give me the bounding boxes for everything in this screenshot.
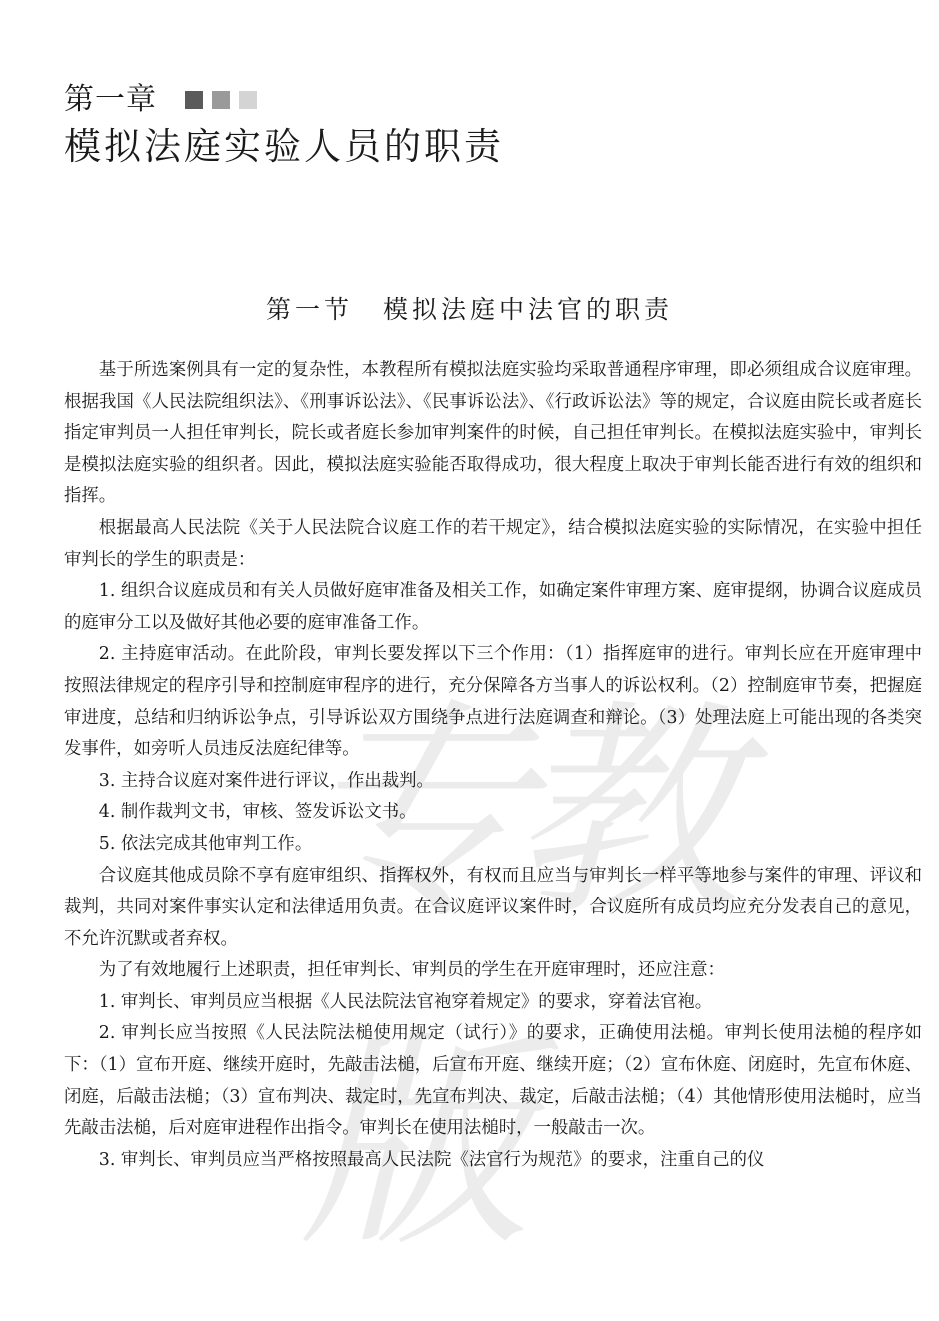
section-title: 模拟法庭中法官的职责 xyxy=(383,295,673,324)
decorative-squares xyxy=(185,91,257,109)
section-number: 第一节 xyxy=(266,295,353,324)
square-icon-medium xyxy=(212,91,230,109)
section-heading: 第一节模拟法庭中法官的职责 xyxy=(0,290,939,326)
list-item: 1. 组织合议庭成员和有关人员做好庭审准备及相关工作，如确定案件审理方案、庭审提… xyxy=(64,576,922,639)
list-item: 2. 主持庭审活动。在此阶段，审判长要发挥以下三个作用：（1）指挥庭审的进行。审… xyxy=(64,639,922,765)
chapter-header: 第一章 模拟法庭实验人员的职责 xyxy=(64,80,504,172)
square-icon-light xyxy=(239,91,257,109)
paragraph: 为了有效地履行上述职责，担任审判长、审判员的学生在开庭审理时，还应注意： xyxy=(64,955,922,987)
chapter-label-row: 第一章 xyxy=(64,80,504,120)
paragraph: 基于所选案例具有一定的复杂性，本教程所有模拟法庭实验均采取普通程序审理，即必须组… xyxy=(64,355,922,513)
list-item: 3. 审判长、审判员应当严格按照最高人民法院《法官行为规范》的要求，注重自己的仪 xyxy=(64,1145,922,1177)
list-item: 1. 审判长、审判员应当根据《人民法院法官袍穿着规定》的要求，穿着法官袍。 xyxy=(64,987,922,1019)
chapter-number: 第一章 xyxy=(64,80,157,120)
list-item: 4. 制作裁判文书，审核、签发诉讼文书。 xyxy=(64,797,922,829)
paragraph: 根据最高人民法院《关于人民法院合议庭工作的若干规定》，结合模拟法庭实验的实际情况… xyxy=(64,513,922,576)
square-icon-dark xyxy=(185,91,203,109)
list-item: 5. 依法完成其他审判工作。 xyxy=(64,829,922,861)
list-item: 2. 审判长应当按照《人民法院法槌使用规定（试行）》的要求，正确使用法槌。审判长… xyxy=(64,1018,922,1144)
paragraph: 合议庭其他成员除不享有庭审组织、指挥权外，有权而且应当与审判长一样平等地参与案件… xyxy=(64,861,922,956)
chapter-title: 模拟法庭实验人员的职责 xyxy=(64,122,504,172)
body-text: 基于所选案例具有一定的复杂性，本教程所有模拟法庭实验均采取普通程序审理，即必须组… xyxy=(64,355,922,1176)
list-item: 3. 主持合议庭对案件进行评议，作出裁判。 xyxy=(64,766,922,798)
